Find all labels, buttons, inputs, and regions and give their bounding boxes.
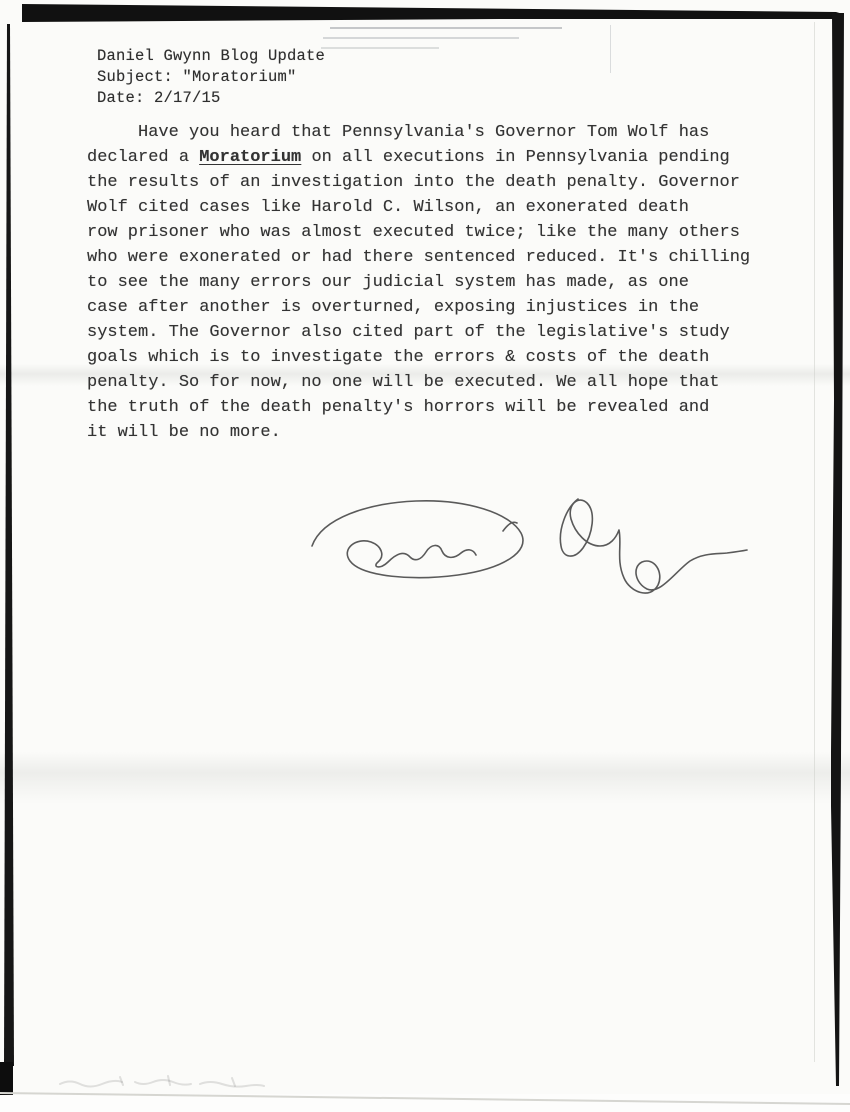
body-line: row prisoner who was almost executed twi… [87, 220, 750, 245]
body-line: Wolf cited cases like Harold C. Wilson, … [87, 195, 750, 220]
bleed-through-line [330, 27, 562, 29]
signature-stroke [312, 501, 523, 578]
signature-stroke [503, 522, 517, 531]
bleed-through-marks [60, 1076, 264, 1087]
scan-border-top [22, 4, 843, 22]
bleed-mark [120, 1076, 235, 1086]
body-text-segment: declared a [87, 148, 199, 167]
bleed-mark [60, 1081, 122, 1087]
bleed-through-line [323, 37, 519, 39]
body-line: to see the many errors our judicial syst… [87, 270, 750, 295]
body-line: the results of an investigation into the… [87, 170, 750, 195]
scan-corner-block [0, 1062, 13, 1095]
document-header: Daniel Gwynn Blog Update Subject: "Morat… [97, 46, 325, 109]
scanned-document-page: Daniel Gwynn Blog Update Subject: "Morat… [0, 0, 850, 1112]
bleed-through-line [610, 25, 611, 73]
paper-bottom-margin [0, 1094, 850, 1112]
body-text-segment: on all executions in Pennsylvania pendin… [301, 148, 729, 167]
body-line: system. The Governor also cited part of … [87, 320, 750, 345]
header-date: Date: 2/17/15 [97, 88, 325, 109]
body-line: penalty. So for now, no one will be exec… [87, 370, 750, 395]
header-title: Daniel Gwynn Blog Update [97, 46, 325, 67]
bleed-through-line [321, 47, 439, 49]
document-body: Have you heard that Pennsylvania's Gover… [87, 120, 750, 445]
paper-bottom-edge [0, 1093, 850, 1104]
scan-border-left [4, 24, 14, 1066]
body-line: it will be no more. [87, 420, 750, 445]
scan-border-right [831, 13, 844, 1086]
emphasized-word: Moratorium [199, 148, 301, 167]
body-line: goals which is to investigate the errors… [87, 345, 750, 370]
body-line: Have you heard that Pennsylvania's Gover… [87, 120, 750, 145]
body-line: who were exonerated or had there sentenc… [87, 245, 750, 270]
paper-edge-line [814, 22, 815, 1062]
bleed-mark [135, 1080, 191, 1085]
body-line-with-emphasis: declared a Moratorium on all executions … [87, 145, 750, 170]
body-line: the truth of the death penalty's horrors… [87, 395, 750, 420]
signature-stroke [560, 499, 747, 593]
header-subject: Subject: "Moratorium" [97, 67, 325, 88]
bleed-mark [200, 1082, 264, 1087]
body-line: case after another is overturned, exposi… [87, 295, 750, 320]
signature [312, 499, 747, 593]
scan-artifact-band [0, 752, 850, 804]
